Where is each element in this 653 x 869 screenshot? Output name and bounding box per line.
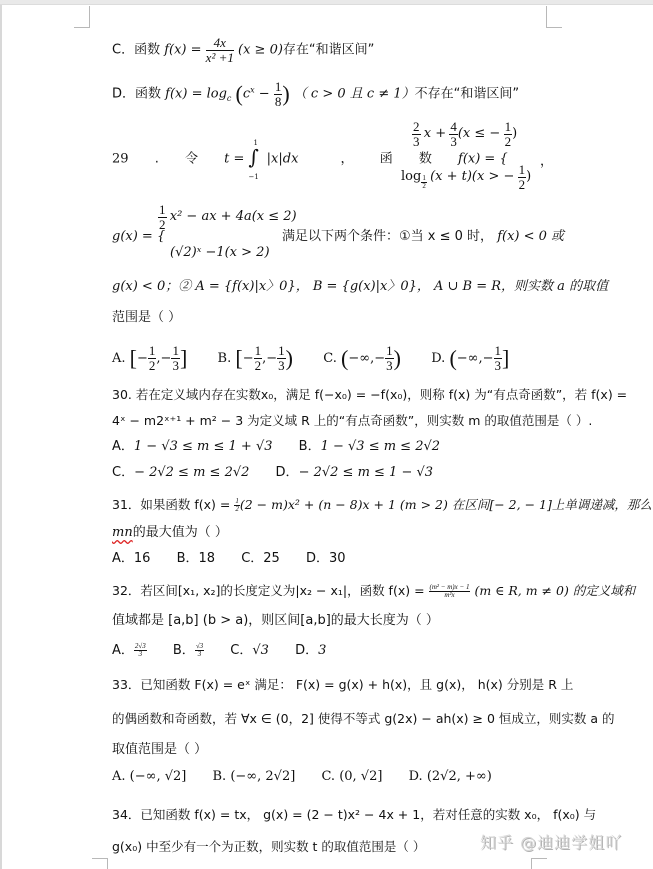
option-a[interactable]: A. (−∞, √2] xyxy=(112,769,186,784)
crop-mark-top-left xyxy=(74,6,90,28)
math-expr: |x|dx xyxy=(267,152,299,167)
option-a[interactable]: A．1 − √3 ≤ m ≤ 1 + √3 xyxy=(112,439,273,454)
numerator: 4x xyxy=(206,36,234,51)
option-a[interactable]: A．16 xyxy=(112,551,150,566)
punct: . xyxy=(155,152,159,167)
math-condition: （ c > 0 且 c ≠ 1） xyxy=(294,87,415,102)
text: 范围是（ ） xyxy=(112,310,181,325)
option-b[interactable]: B．√33 xyxy=(173,643,204,658)
option-d[interactable]: D．3 xyxy=(295,643,326,658)
option-c[interactable]: C. (0, √2] xyxy=(321,769,382,784)
denominator: x² +1 xyxy=(206,51,234,65)
option-a[interactable]: A. [−12,−13] xyxy=(112,351,187,366)
option-d[interactable]: D．− 2√2 ≤ m ≤ 1 − √3 xyxy=(276,465,434,480)
g-piece-1: 12 x² − ax + 4a(x ≤ 2) xyxy=(158,203,297,231)
option-c[interactable]: C．− 2√2 ≤ m ≤ 2√2 xyxy=(112,465,249,480)
integral-upper: 1 xyxy=(254,134,258,152)
denominator: 2 xyxy=(518,178,527,192)
denominator: 2 xyxy=(504,135,513,149)
q29-line3: 范围是（ ） xyxy=(112,309,181,327)
math-condition: (x ≥ 0) xyxy=(238,43,283,58)
q34-line2: g(x₀) 中至少有一个为正数，则实数 t 的取值范围是（ ） xyxy=(112,838,425,856)
numerator: 4 xyxy=(449,120,458,135)
integral-lower: −1 xyxy=(249,168,259,186)
log-base-fraction: 12 xyxy=(421,175,427,191)
crop-mark-top-right xyxy=(546,6,562,28)
q30-options-ab: A．1 − √3 ≤ m ≤ 1 + √3 B．1 − √3 ≤ m ≤ 2√2 xyxy=(112,438,440,456)
window-top-bar xyxy=(0,0,653,5)
option-d[interactable]: D. (−∞,−13] xyxy=(431,351,509,366)
fraction: 23 xyxy=(412,120,421,148)
g-piece-2: (√2)ˣ −1(x > 2) xyxy=(170,244,270,260)
denominator: 2 xyxy=(421,183,427,190)
numerator: 1 xyxy=(518,163,527,178)
paren-close: ) xyxy=(282,81,289,106)
text: 函 xyxy=(380,152,393,167)
option-text: 不存在“和谐区间” xyxy=(415,87,519,102)
q34-line1: 34．已知函数 f(x) = tx， g(x) = (2 − t)x² − 4x… xyxy=(112,806,596,824)
fraction: 4xx² +1 xyxy=(206,36,234,64)
math-op: − xyxy=(255,87,270,102)
spellcheck-underlined-text: mn xyxy=(112,525,133,540)
q32-line2: 值域都是 [a,b] (b > a)，则区间[a,b]的最大长度为（ ） xyxy=(112,612,439,630)
math-condition: (x > − xyxy=(472,169,514,184)
option-b[interactable]: B．1 − √3 ≤ m ≤ 2√2 xyxy=(299,439,440,454)
q31-line1: 31．如果函数 f(x) = 12(2 − m)x² + (n − 8)x + … xyxy=(112,496,652,514)
q32-line1: 32．若区间[x₁, x₂]的长度定义为|x₂ − x₁|，函数 f(x) = … xyxy=(112,582,635,600)
denominator: 3 xyxy=(449,135,458,149)
math-expr: (√2)ˣ −1(x > 2) xyxy=(170,245,270,260)
page-left-edge xyxy=(0,5,2,869)
option-d[interactable]: D. (2√2, +∞) xyxy=(409,769,492,784)
q29-options: A. [−12,−13] B. [−12,−13) C. (−∞,−13) D.… xyxy=(112,344,509,372)
numerator: 1 xyxy=(504,120,513,135)
log: log xyxy=(401,169,421,184)
math-expr: x + xyxy=(424,126,446,141)
integral-sign: 1 ∫ −1 xyxy=(249,148,263,170)
crop-mark-bottom-right xyxy=(531,858,547,869)
q33-line3: 取值范围是（ ） xyxy=(112,741,207,759)
question-number: 29 xyxy=(112,152,129,167)
math-expr: f(x) < 0 或 xyxy=(497,229,564,244)
text: g(x) < 0；② A = {f(x)|x〉0}， B = {g(x)|x〉0… xyxy=(112,279,608,294)
text: 32．若区间[x₁, x₂]的长度定义为|x₂ − x₁|，函数 f(x) = xyxy=(112,583,429,598)
punct: ， xyxy=(341,152,354,167)
fraction: 12 xyxy=(518,163,527,191)
option-b[interactable]: B．18 xyxy=(177,551,215,566)
paren-close: ) xyxy=(526,169,531,184)
fraction: (m² − m)x − 1m²x xyxy=(429,584,471,600)
log-base: c xyxy=(227,94,231,103)
zhihu-watermark: 知乎 @迪迪学姐吖 xyxy=(480,830,622,853)
q30-options-cd: C．− 2√2 ≤ m ≤ 2√2 D．− 2√2 ≤ m ≤ 1 − √3 xyxy=(112,464,433,482)
text: 值域都是 [a,b] (b > a)，则区间[a,b]的最大长度为（ ） xyxy=(112,613,439,628)
option-c[interactable]: C．√3 xyxy=(230,643,269,658)
f-piece-2: log12 (x + t)(x > − 12) xyxy=(401,163,531,191)
text: 4ˣ − m2ˣ⁺¹ + m² − 3 为定义域 R 上的“有点奇函数”，则实数… xyxy=(112,413,592,428)
q29-line2: g(x) < 0；② A = {f(x)|x〉0}， B = {g(x)|x〉0… xyxy=(112,278,608,296)
option-text: 存在“和谐区间” xyxy=(283,43,374,58)
paren-close: ) xyxy=(512,126,517,141)
option-label: D．函数 xyxy=(112,87,161,102)
punct: ， xyxy=(540,150,553,169)
text: 31．如果函数 f(x) = xyxy=(112,497,234,512)
denominator: 3 xyxy=(412,135,421,149)
math-expr: t = xyxy=(224,152,244,167)
math-expr: f(x) = xyxy=(164,43,201,58)
text: 30. 若在定义域内存在实数x₀，满足 f(−x₀) = −f(x₀)，则称 f… xyxy=(112,387,627,402)
fraction: 43 xyxy=(449,120,458,148)
text: 取值范围是（ ） xyxy=(112,742,207,757)
q30-line2: 4ˣ − m2ˣ⁺¹ + m² − 3 为定义域 R 上的“有点奇函数”，则实数… xyxy=(112,412,592,430)
text: 的最大值为（ ） xyxy=(133,525,228,540)
text: 的偶函数和奇函数，若 ∀x ∈ (0，2] 使得不等式 g(2x) − ah(x… xyxy=(112,711,615,726)
denominator: 2 xyxy=(158,218,167,232)
text: 34．已知函数 f(x) = tx， g(x) = (2 − t)x² − 4x… xyxy=(112,807,596,822)
q29-conditions: 满足以下两个条件：①当 x ≤ 0 时， f(x) < 0 或 xyxy=(282,228,564,246)
numerator: 2 xyxy=(412,120,421,135)
math-expr: (x + t) xyxy=(430,169,472,184)
text: 33．已知函数 F(x) = eˣ 满足： F(x) = g(x) + h(x)… xyxy=(112,677,573,692)
option-b[interactable]: B. [−12,−13) xyxy=(218,351,293,366)
fraction: 12 xyxy=(158,203,167,231)
text: g(x₀) 中至少有一个为正数，则实数 t 的取值范围是（ ） xyxy=(112,839,425,854)
q33-options: A. (−∞, √2] B. (−∞, 2√2] C. (0, √2] D. (… xyxy=(112,768,492,786)
option-label: C．函数 xyxy=(112,43,160,58)
text: (2 − m)x² + (n − 8)x + 1 (m > 2) 在区间[− 2… xyxy=(240,497,652,512)
option-c[interactable]: C. (−∞,−13) xyxy=(323,351,401,366)
q31-options: A．16 B．18 C．25 D．30 xyxy=(112,550,346,568)
q33-line2: 的偶函数和奇函数，若 ∀x ∈ (0，2] 使得不等式 g(2x) − ah(x… xyxy=(112,710,615,728)
paren-open: ( xyxy=(236,81,243,106)
math-condition: (x ≤ − xyxy=(458,126,500,141)
f-piece-1: 23 x + 43(x ≤ − 12) xyxy=(412,120,517,148)
text: (m ∈ R, m ≠ 0) 的定义域和 xyxy=(470,583,635,598)
option-c[interactable]: C．25 xyxy=(241,551,280,566)
option-a[interactable]: A．2√33 xyxy=(112,643,147,658)
option-b[interactable]: B. (−∞, 2√2] xyxy=(213,769,296,784)
numerator: 1 xyxy=(158,203,167,218)
fraction: 12 xyxy=(504,120,513,148)
q33-line1: 33．已知函数 F(x) = eˣ 满足： F(x) = g(x) + h(x)… xyxy=(112,676,573,694)
text: 满足以下两个条件：①当 x ≤ 0 时， xyxy=(282,229,493,244)
math-expr: x² − ax + 4a(x ≤ 2) xyxy=(170,209,297,224)
q31-line2: mn的最大值为（ ） xyxy=(112,524,228,542)
text: 令 xyxy=(185,152,198,167)
q28-option-d: D．函数 f(x) = logc (cx − 18) （ c > 0 且 c ≠… xyxy=(112,80,519,108)
option-d[interactable]: D．30 xyxy=(306,551,346,566)
q28-option-c: C．函数 f(x) = 4xx² +1 (x ≥ 0)存在“和谐区间” xyxy=(112,36,374,64)
math-expr: f(x) = log xyxy=(165,87,227,102)
crop-mark-bottom-left xyxy=(92,858,108,869)
q32-options: A．2√33 B．√33 C．√3 D．3 xyxy=(112,642,326,660)
q30-line1: 30. 若在定义域内存在实数x₀，满足 f(−x₀) = −f(x₀)，则称 f… xyxy=(112,386,627,404)
